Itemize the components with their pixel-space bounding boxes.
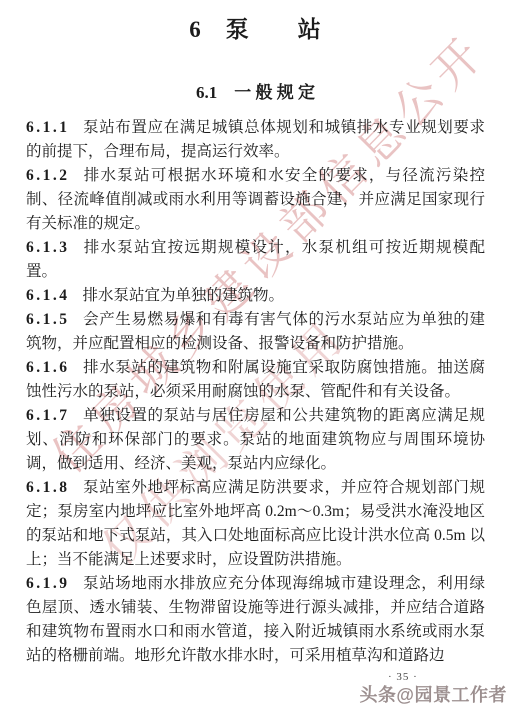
clause-paragraph: 6.1.9泵站场地雨水排放应充分体现海绵城市建设理念，利用绿色屋顶、透水铺装、生…: [26, 572, 485, 668]
clause-paragraph: 6.1.5会产生易燃易爆和有毒有害气体的污水泵站应为单独的建筑物，并应配置相应的…: [26, 308, 485, 356]
clause-paragraph: 6.1.4排水泵站宜为单独的建筑物。: [26, 284, 485, 308]
clause-paragraph: 6.1.2排水泵站可根据水环境和水安全的要求，与径流污染控制、径流峰值削减或雨水…: [26, 164, 485, 236]
clause-paragraph: 6.1.1泵站布置应在满足城镇总体规划和城镇排水专业规划要求的前提下，合理布局，…: [26, 116, 485, 164]
clause-paragraph: 6.1.7单独设置的泵站与居住房屋和公共建筑物的距离应满足规划、消防和环保部门的…: [26, 404, 485, 476]
clause-paragraph: 6.1.3排水泵站宜按远期规模设计，水泵机组可按近期规模配置。: [26, 236, 485, 284]
clause-paragraph: 6.1.6排水泵站的建筑物和附属设施宜采取防腐蚀措施。抽送腐蚀性污水的泵站，必须…: [26, 356, 485, 404]
clause-text: 排水泵站可根据水环境和水安全的要求，与径流污染控制、径流峰值削减或雨水利用等调蓄…: [26, 167, 485, 232]
clause-list: 6.1.1泵站布置应在满足城镇总体规划和城镇排水专业规划要求的前提下，合理布局，…: [26, 116, 485, 668]
clause-number: 6.1.3: [26, 239, 70, 256]
clause-text: 排水泵站宜按远期规模设计，水泵机组可按近期规模配置。: [26, 239, 485, 280]
clause-number: 6.1.4: [26, 287, 70, 304]
clause-number: 6.1.7: [26, 407, 70, 424]
clause-number: 6.1.5: [26, 311, 70, 328]
clause-number: 6.1.2: [26, 167, 70, 184]
clause-text: 单独设置的泵站与居住房屋和公共建筑物的距离应满足规划、消防和环保部门的要求。泵站…: [26, 407, 485, 472]
clause-text: 排水泵站宜为单独的建筑物。: [83, 287, 285, 304]
clause-number: 6.1.6: [26, 359, 70, 376]
clause-text: 会产生易燃易爆和有毒有害气体的污水泵站应为单独的建筑物，并应配置相应的检测设备、…: [26, 311, 485, 352]
page-content: 6 泵 站 6.1 一 般 规 定 6.1.1泵站布置应在满足城镇总体规划和城镇…: [0, 15, 512, 668]
clause-number: 6.1.9: [26, 575, 70, 592]
clause-text: 泵站场地雨水排放应充分体现海绵城市建设理念，利用绿色屋顶、透水铺装、生物滞留设施…: [26, 575, 485, 664]
clause-number: 6.1.1: [26, 119, 70, 136]
section-title: 6.1 一 般 规 定: [26, 82, 485, 104]
clause-paragraph: 6.1.8泵站室外地坪标高应满足防洪要求，并应符合规划部门规定；泵房室内地坪应比…: [26, 476, 485, 572]
toutiao-watermark: 头条@园景工作者: [359, 681, 507, 707]
clause-text: 泵站室外地坪标高应满足防洪要求，并应符合规划部门规定；泵房室内地坪应比室外地坪高…: [26, 479, 485, 568]
clause-text: 泵站布置应在满足城镇总体规划和城镇排水专业规划要求的前提下，合理布局，提高运行效…: [26, 119, 485, 160]
document-page: 住房城乡建设部信息公开 仅供浏览使用 6 泵 站 6.1 一 般 规 定 6.1…: [0, 0, 512, 711]
chapter-title: 6 泵 站: [26, 15, 485, 45]
clause-text: 排水泵站的建筑物和附属设施宜采取防腐蚀措施。抽送腐蚀性污水的泵站，必须采用耐腐蚀…: [26, 359, 485, 400]
clause-number: 6.1.8: [26, 479, 70, 496]
